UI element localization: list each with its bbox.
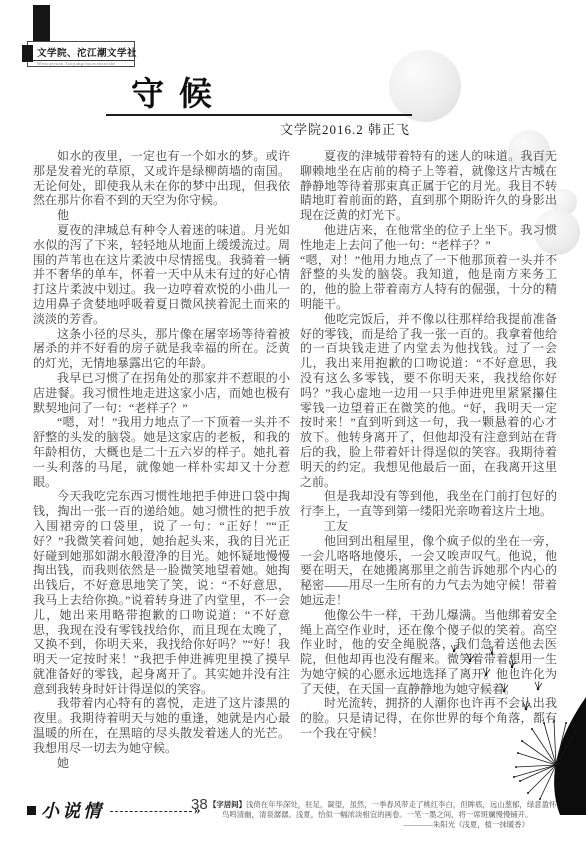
- quote-line: 【字居间】浅倚在年华深处，驻足，凝望，虽然，一季春风带走了桃红李白，但眸底，远山…: [209, 800, 575, 810]
- corner-black-bar: [33, 5, 50, 43]
- paragraph: 夏夜的津城总有种令人着迷的味道。月光如水似的泻了下来，轻轻地从地面上缓缓流过。周…: [33, 223, 290, 327]
- paragraph: 如水的夜里，一定也有一个如水的梦。或许那是发着光的草原，又或许是绿柳荫墙的南国。…: [33, 149, 290, 208]
- badge-pinyin: Wenxueyuan Tuojiangchaowenxueshe: [28, 61, 134, 66]
- title-underline: [106, 114, 412, 116]
- paragraph: “嗯，对！”他用力地点了一下他那顶着一头并不舒整的头发的脑袋。我知道，他是南方来…: [300, 253, 557, 312]
- paragraph: 今天我吃完东西习惯性地把手伸进口袋中掏钱，掏出一张一百的递给她。她习惯性的把手放…: [33, 489, 290, 696]
- dandelion-illustration: [440, 645, 586, 815]
- footer-quote: 【字居间】浅倚在年华深处，驻足，凝望，虽然，一季春风带走了桃红李白，但眸底，远山…: [209, 800, 575, 830]
- paragraph: 我带着内心特有的喜悦，走进了这片漆黑的夜里。我期待着明天与她的重逢，她就是内心最…: [33, 696, 290, 755]
- quote-attribution: ————朱阳光《浅夏，植一抹暖香》: [209, 820, 575, 830]
- quote-line: 鸟鸣清幽，清泉潺潺。浅夏，恰似一幅浓淡相宜的画卷。一笔一墨之间，将一席斑斓慢慢铺…: [209, 810, 575, 820]
- paragraph: 夏夜的津城带着特有的迷人的味道。我百无聊赖地坐在店前的椅子上等着，就像这片古城在…: [300, 149, 557, 223]
- paragraph: 他回到出租屋里，像个疯子似的坐在一旁，一会儿咯咯地傻乐，一会又唉声叹气。他说，他…: [300, 534, 557, 608]
- quote-tag: 【字居间】: [209, 800, 246, 809]
- paragraph: 他: [33, 208, 290, 223]
- leader-dashes: [110, 811, 192, 812]
- section-label: 小说情: [41, 797, 104, 823]
- paragraph: “嗯，对！”我用力地点了一下顶着一头并不舒整的头发的脑袋。她是这家店的老板，和我…: [33, 415, 290, 489]
- quote-text: 浅倚在年华深处，驻足，凝望，虽然，一季春风带走了桃红李白，但眸底，远山葱郁，绿意…: [246, 800, 564, 809]
- paragraph: 但是我却没有等到他，我坐在门前打包好的行李上，一直等到第一缕阳光亲吻着这片土地。: [300, 489, 557, 519]
- paragraph: 工友: [300, 519, 557, 534]
- paragraph: 她: [33, 756, 290, 771]
- paragraph: 他进店来，在他常坐的位子上坐下。我习惯性地走上去问了他一句：“老样子？”: [300, 223, 557, 253]
- article-title: 守候: [131, 68, 227, 115]
- page-number: 38: [191, 796, 208, 813]
- decor-circle: [389, 50, 461, 122]
- left-column: 如水的夜里，一定也有一个如水的梦。或许那是发着光的草原，又或许是绿柳荫墙的南国。…: [33, 149, 290, 770]
- footer-section-strip: 小说情 »: [27, 797, 201, 823]
- magazine-page: 文学院、沱江潮文学社 Wenxueyuan Tuojiangchaowenxue…: [0, 0, 586, 841]
- society-badge: 文学院、沱江潮文学社 Wenxueyuan Tuojiangchaowenxue…: [27, 41, 135, 67]
- badge-square: [22, 45, 33, 62]
- paragraph: 我早已习惯了在拐角处的那家并不惹眼的小店进餐。我习惯性地走进这家小店，而她也极有…: [33, 371, 290, 415]
- byline: 文学院2016.2 韩正飞: [106, 119, 410, 138]
- paragraph: 这条小径的尽头，那片像在屠宰场等待着被屠杀的并不好看的房子就是我幸福的所在。泛黄…: [33, 327, 290, 371]
- paragraph: 他吃完饭后，并不像以往那样给我提前准备好的零钱，而是给了我一张一百的。我拿着他给…: [300, 312, 557, 490]
- badge-title: 文学院、沱江潮文学社: [28, 42, 134, 61]
- section-bullet-square: [27, 806, 36, 815]
